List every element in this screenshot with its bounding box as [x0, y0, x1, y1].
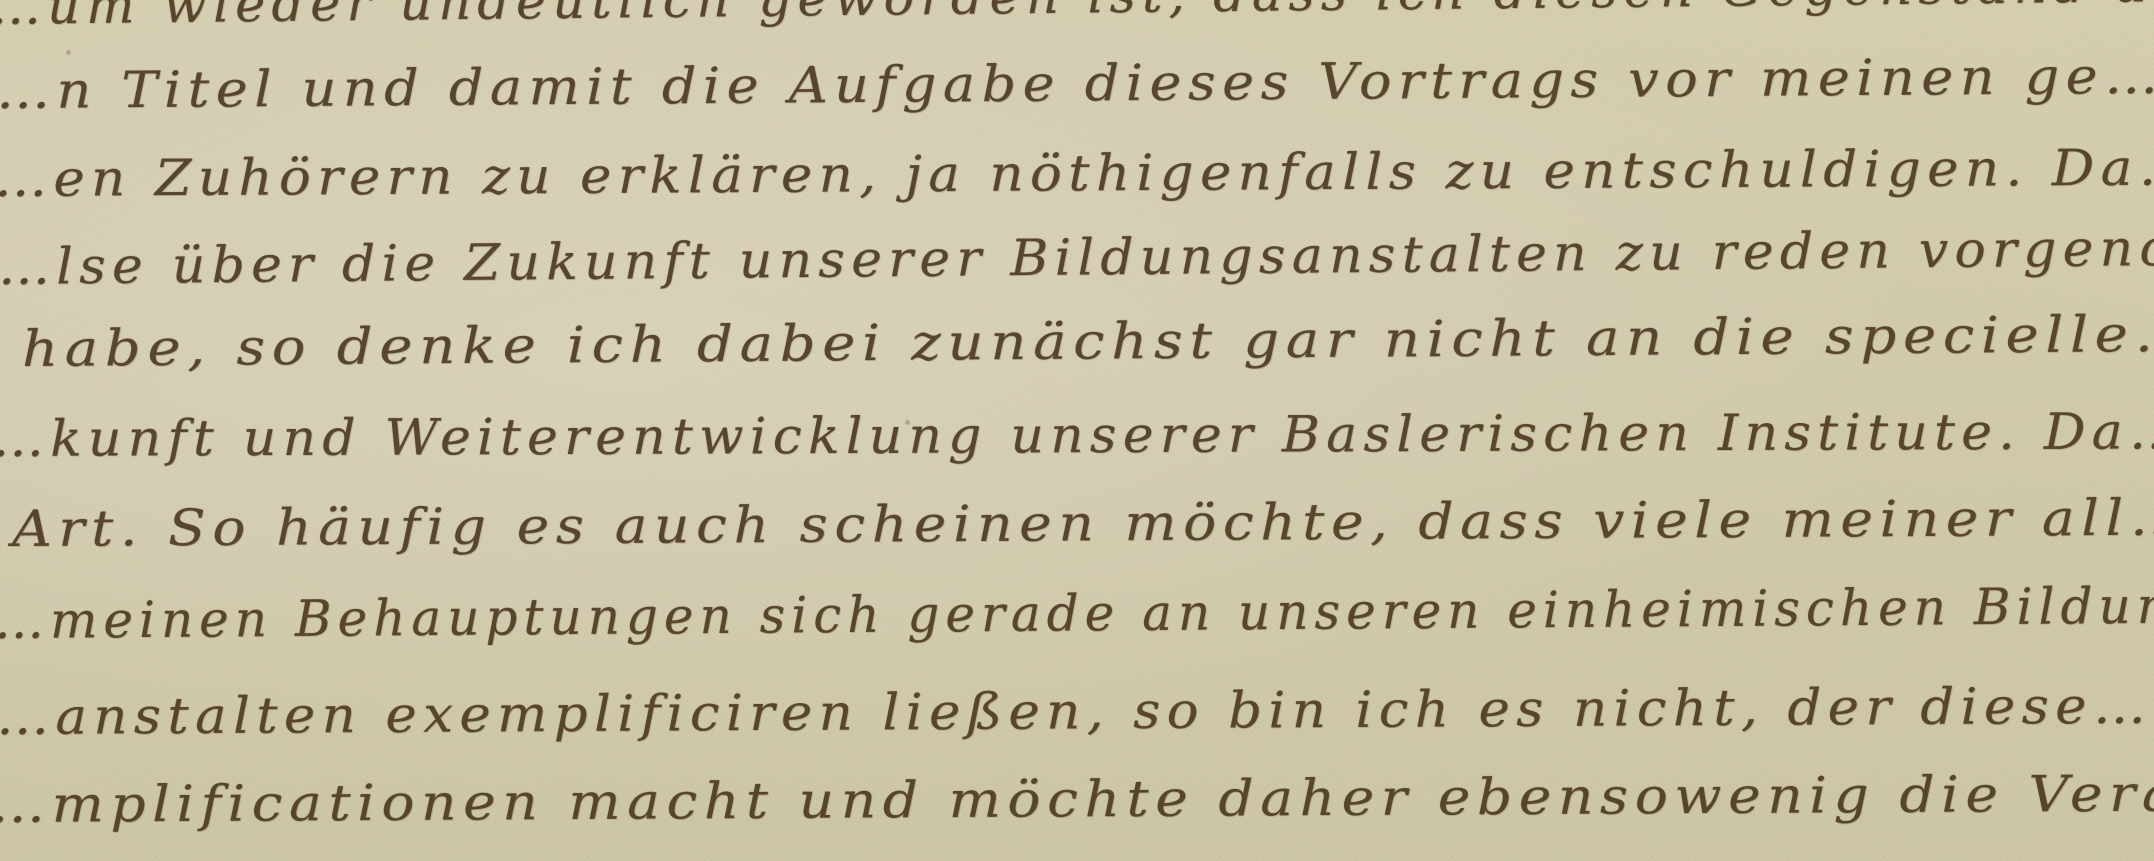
manuscript-line-10: …mplificationen macht und möchte daher e… [0, 764, 2154, 834]
manuscript-line-6: …kunft und Weiterentwicklung unserer Bas… [0, 402, 2154, 468]
manuscript-line-4: …lse über die Zukunft unserer Bildungsan… [0, 218, 2154, 296]
manuscript-line-7: Art. So häufig es auch scheinen möchte, … [12, 489, 2154, 558]
manuscript-line-9: …anstalten exemplificiren ließen, so bin… [0, 677, 2152, 746]
manuscript-line-3: …en Zuhörern zu erklären, ja nöthigenfal… [0, 138, 2154, 208]
paper-spot [66, 50, 71, 55]
manuscript-page: …um wieder undeutlich geworden ist, dass… [0, 0, 2154, 861]
manuscript-line-8: …meinen Behauptungen sich gerade an unse… [0, 576, 2154, 650]
manuscript-line-2: …n Titel und damit die Aufgabe dieses Vo… [0, 47, 2154, 120]
manuscript-line-1: …um wieder undeutlich geworden ist, dass… [0, 0, 2154, 36]
manuscript-line-5: habe, so denke ich dabei zunächst gar ni… [22, 305, 2154, 378]
